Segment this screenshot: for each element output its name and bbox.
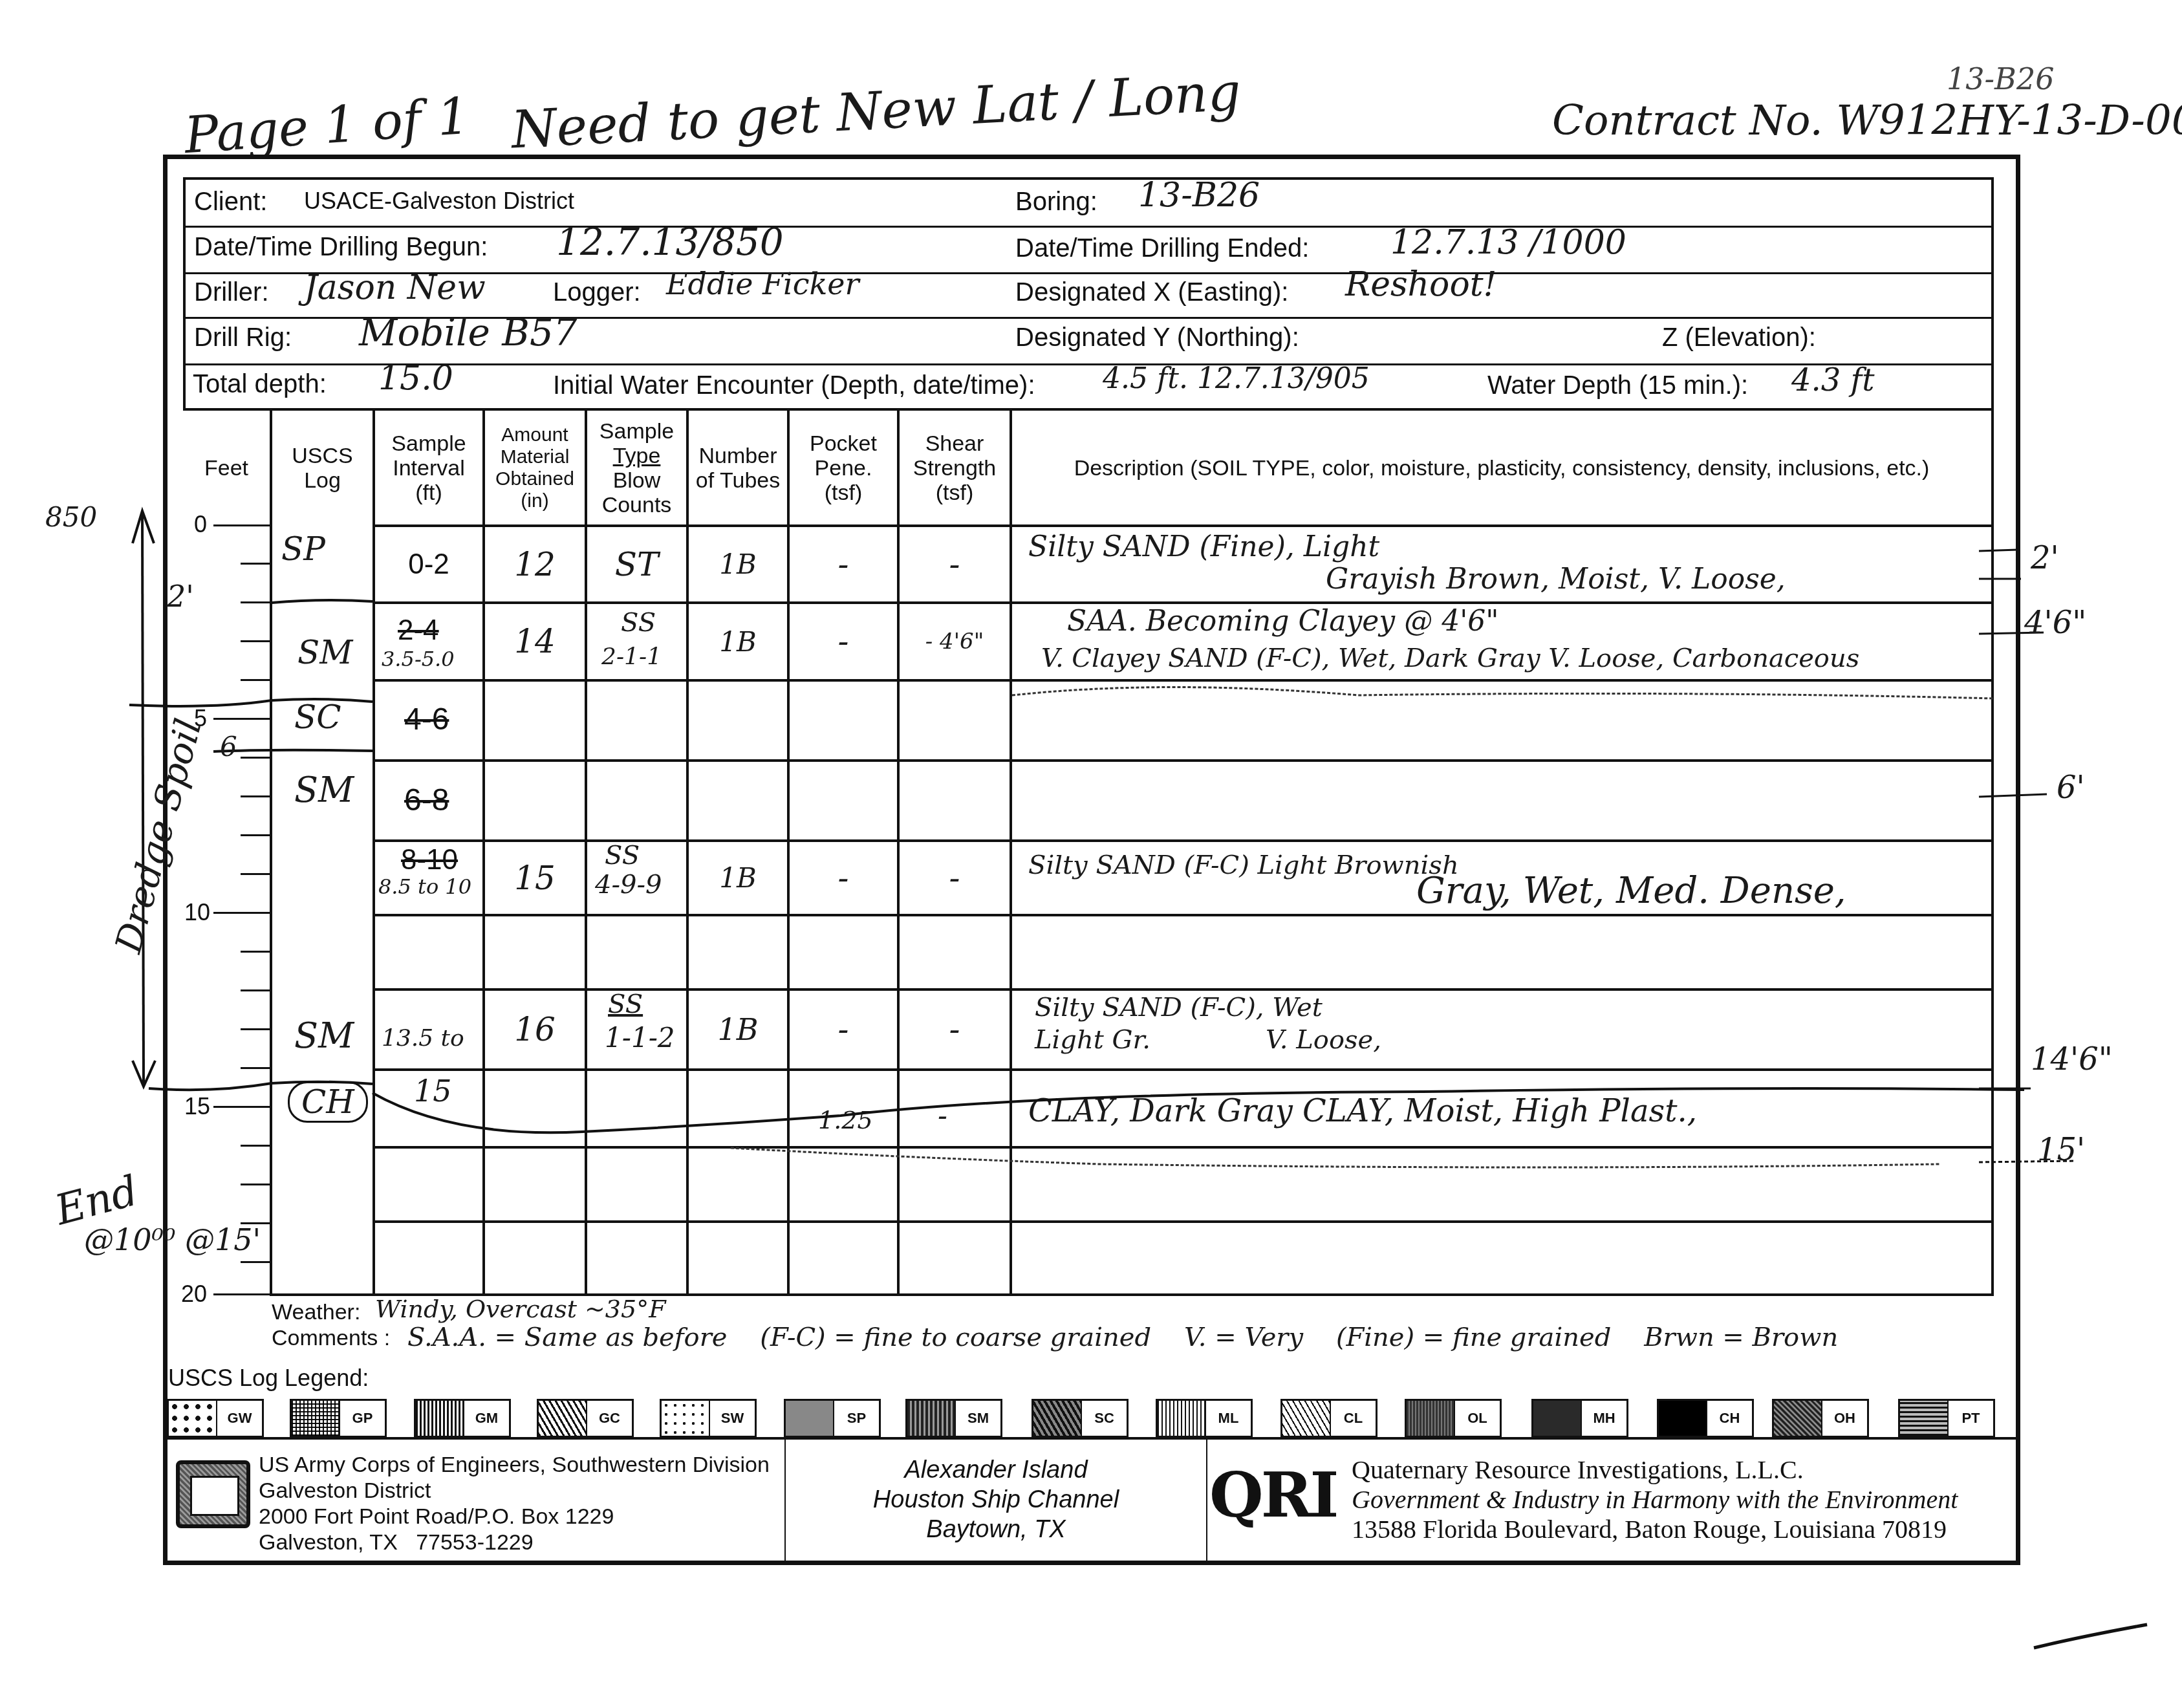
legend-sp: SP bbox=[784, 1399, 881, 1438]
ol-pattern-icon bbox=[1407, 1401, 1454, 1436]
usace-address: US Army Corps of Engineers, Southwestern… bbox=[259, 1452, 770, 1555]
footer-top-line bbox=[163, 1437, 2020, 1440]
right-depth-2ft: 2' bbox=[2031, 540, 2059, 576]
usace-castle-logo-icon bbox=[176, 1460, 250, 1528]
pen-mark bbox=[2031, 1617, 2160, 1656]
legend-ol: OL bbox=[1405, 1399, 1502, 1438]
weather-value: Windy, Overcast ~35°F bbox=[375, 1295, 666, 1323]
legend-ch: CH bbox=[1657, 1399, 1754, 1438]
legend-sc: SC bbox=[1032, 1399, 1129, 1438]
legend-label: USCS Log Legend: bbox=[168, 1365, 369, 1392]
weather-label: Weather: bbox=[272, 1300, 360, 1325]
qri-address: Quaternary Resource Investigations, L.L.… bbox=[1352, 1455, 1958, 1544]
oh-pattern-icon bbox=[1774, 1401, 1821, 1436]
comments-value: S.A.A. = Same as before (F-C) = fine to … bbox=[407, 1323, 1838, 1352]
qri-line3: 13588 Florida Boulevard, Baton Rouge, Lo… bbox=[1352, 1515, 1958, 1544]
project-line3: Baytown, TX bbox=[786, 1515, 1206, 1544]
legend-cl: CL bbox=[1280, 1399, 1377, 1438]
cl-pattern-icon bbox=[1282, 1401, 1330, 1436]
legend-mh: MH bbox=[1531, 1399, 1628, 1438]
project-line2: Houston Ship Channel bbox=[786, 1485, 1206, 1515]
legend-oh: OH bbox=[1772, 1399, 1869, 1438]
legend-gw: GW bbox=[167, 1399, 264, 1438]
usace-line1: US Army Corps of Engineers, Southwestern… bbox=[259, 1452, 770, 1478]
sp-pattern-icon bbox=[786, 1401, 833, 1436]
sw-pattern-icon bbox=[662, 1401, 709, 1436]
qri-line1: Quaternary Resource Investigations, L.L.… bbox=[1352, 1455, 1958, 1485]
gw-pattern-icon bbox=[169, 1401, 216, 1436]
right-depth-4ft6in: 4'6" bbox=[2024, 605, 2086, 641]
legend-sm: SM bbox=[905, 1399, 1002, 1438]
usace-line2: Galveston District bbox=[259, 1478, 770, 1504]
usace-line4: Galveston, TX 77553-1229 bbox=[259, 1530, 770, 1555]
legend-gp: GP bbox=[290, 1399, 387, 1438]
usace-line3: 2000 Fort Point Road/P.O. Box 1229 bbox=[259, 1504, 770, 1530]
sc-pattern-icon bbox=[1033, 1401, 1081, 1436]
legend-gc: GC bbox=[537, 1399, 634, 1438]
footer-divider-2 bbox=[1206, 1438, 1207, 1565]
right-depth-6ft: 6' bbox=[2057, 770, 2085, 806]
project-line1: Alexander Island bbox=[786, 1455, 1206, 1485]
project-location: Alexander Island Houston Ship Channel Ba… bbox=[786, 1455, 1206, 1544]
end-time-note: @10⁰⁰ @15' bbox=[84, 1222, 261, 1257]
qri-logo: QRI bbox=[1209, 1458, 1336, 1531]
legend-sw: SW bbox=[660, 1399, 757, 1438]
depth-6-note: 6 bbox=[220, 731, 237, 762]
comments-label: Comments : bbox=[272, 1326, 390, 1351]
qri-line2: Government & Industry in Harmony with th… bbox=[1352, 1485, 1958, 1515]
gm-pattern-icon bbox=[416, 1401, 463, 1436]
ch-pattern-icon bbox=[1659, 1401, 1706, 1436]
ml-pattern-icon bbox=[1158, 1401, 1205, 1436]
right-depth-14ft6in: 14'6" bbox=[2031, 1041, 2113, 1077]
legend-gm: GM bbox=[414, 1399, 511, 1438]
right-depth-15ft: 15' bbox=[2037, 1132, 2085, 1168]
gp-pattern-icon bbox=[292, 1401, 339, 1436]
pt-pattern-icon bbox=[1900, 1401, 1947, 1436]
mh-pattern-icon bbox=[1533, 1401, 1581, 1436]
sm-pattern-icon bbox=[907, 1401, 955, 1436]
depth-2-note: 2' bbox=[167, 579, 194, 614]
legend-ml: ML bbox=[1156, 1399, 1253, 1438]
start-time-note: 850 bbox=[45, 501, 97, 533]
legend-pt: PT bbox=[1898, 1399, 1995, 1438]
gc-pattern-icon bbox=[539, 1401, 586, 1436]
